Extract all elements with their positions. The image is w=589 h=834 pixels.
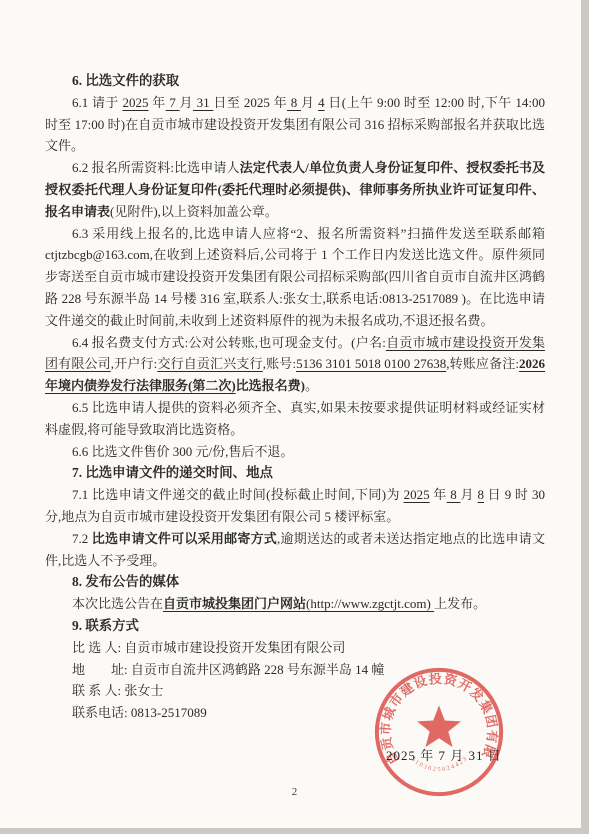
para-8-media: 本次比选公告在自贡市城投集团门户网站(http://www.zgctjt.com… bbox=[45, 593, 545, 615]
scan-edge-bottom bbox=[0, 828, 589, 834]
text-run: ,转账应备注: bbox=[446, 356, 519, 371]
text-run: 2025 bbox=[123, 95, 149, 110]
company-seal: 自贡市城市建设投资开发集团有限公司 5103025024423 bbox=[368, 661, 510, 803]
text-run: 月 bbox=[460, 487, 477, 502]
para-6-1: 6.1 请于 2025 年 7 月 31 日至 2025 年 8 月 4 日(上… bbox=[45, 92, 545, 157]
page-number: 2 bbox=[0, 786, 589, 798]
para-6-3: 6.3 采用线上报名的,比选申请人应将“2、报名所需资料”扫描件发送至联系邮箱 … bbox=[45, 223, 545, 332]
text-run: 6.4 报名费支付方式:公对公转账,也可现金支付。(户名: bbox=[72, 335, 386, 350]
text-run: 年 bbox=[149, 95, 166, 110]
text-run: 6.5 比选申请人提供的资料必须齐全、真实,如果未按要求提供证明材料或经证实材料… bbox=[45, 400, 545, 437]
text-run: (http://www.zgctjt.com) bbox=[306, 596, 434, 611]
para-6-4: 6.4 报名费支付方式:公对公转账,也可现金支付。(户名:自贡市城市建设投资开发… bbox=[45, 332, 545, 397]
contact-label: 比 选 人: bbox=[72, 640, 124, 655]
text-run: 比选申请文件可以采用邮寄方式 bbox=[92, 531, 277, 546]
section-7-heading: 7. 比选申请文件的递交时间、地点 bbox=[45, 462, 545, 484]
para-6-5: 6.5 比选申请人提供的资料必须齐全、真实,如果未按要求提供证明材料或经证实材料… bbox=[45, 397, 545, 441]
text-run: 6.2 报名所需资料:比选申请人 bbox=[72, 160, 240, 175]
section-9-heading: 9. 联系方式 bbox=[45, 615, 545, 637]
section-8-heading: 8. 发布公告的媒体 bbox=[45, 571, 545, 593]
section-6-heading: 6. 比选文件的获取 bbox=[45, 70, 545, 92]
contact-value: 张女士 bbox=[124, 683, 163, 698]
text-run: 月 bbox=[301, 95, 318, 110]
text-run: 。 bbox=[305, 378, 318, 393]
text-run: 年 bbox=[430, 487, 447, 502]
para-6-2: 6.2 报名所需资料:比选申请人法定代表人/单位负责人身份证复印件、授权委托书及… bbox=[45, 157, 545, 222]
text-run: 6.3 采用线上报名的,比选申请人应将“2、报名所需资料”扫描件发送至联系邮箱 … bbox=[45, 226, 545, 328]
text-run: 月 bbox=[180, 95, 193, 110]
text-run: 上发布。 bbox=[434, 596, 486, 611]
document-page: 6. 比选文件的获取 6.1 请于 2025 年 7 月 31 日至 2025 … bbox=[0, 0, 589, 834]
text-run: 8 bbox=[287, 95, 301, 110]
contact-line-bidder: 比 选 人: 自贡市城市建设投资开发集团有限公司 bbox=[45, 637, 545, 659]
text-run: ,账号: bbox=[263, 356, 296, 371]
text-run: 2025 bbox=[404, 487, 430, 502]
text-run: 5136 3101 5018 0100 27638 bbox=[296, 356, 446, 371]
document-body: 6. 比选文件的获取 6.1 请于 2025 年 7 月 31 日至 2025 … bbox=[45, 70, 545, 724]
scan-edge-right bbox=[581, 0, 589, 834]
para-6-6: 6.6 比选文件售价 300 元/份,售后不退。 bbox=[45, 441, 545, 463]
text-run: 本次比选公告在 bbox=[72, 596, 163, 611]
text-run: 8 bbox=[447, 487, 461, 502]
text-run: 7.1 比选申请文件递交的截止时间(投标截止时间,下同)为 bbox=[72, 487, 404, 502]
seal-date: 2025 年 7 月 31 日 bbox=[386, 745, 546, 764]
contact-value: 自贡市自流井区鸿鹤路 228 号东源半岛 14 幢 bbox=[131, 662, 385, 677]
text-run: 7.2 bbox=[72, 531, 92, 546]
contact-label: 联 系 人: bbox=[72, 683, 124, 698]
text-run: ,开户行: bbox=[111, 356, 158, 371]
contact-value: 自贡市城市建设投资开发集团有限公司 bbox=[124, 640, 345, 655]
text-run: 31 bbox=[193, 95, 213, 110]
text-run: 交行自贡汇兴支行 bbox=[157, 356, 262, 371]
para-7-2: 7.2 比选申请文件可以采用邮寄方式,逾期送达的或者未送达指定地点的比选申请文件… bbox=[45, 528, 545, 572]
text-run: 日至 2025 年 bbox=[213, 95, 287, 110]
text-run: 6.1 请于 bbox=[72, 95, 123, 110]
text-run: (见附件),以上资料加盖公章。 bbox=[110, 204, 278, 219]
contact-label: 地 址: bbox=[72, 662, 131, 677]
para-7-1: 7.1 比选申请文件递交的截止时间(投标截止时间,下同)为 2025 年 8 月… bbox=[45, 484, 545, 528]
contact-label: 联系电话: bbox=[72, 705, 131, 720]
contact-value: 0813-2517089 bbox=[131, 705, 207, 720]
text-run: 6.6 比选文件售价 300 元/份,售后不退。 bbox=[72, 444, 293, 459]
text-run: 7 bbox=[166, 95, 180, 110]
star-icon bbox=[417, 705, 461, 747]
text-run: 比选报名费) bbox=[236, 378, 305, 393]
text-run: 自贡市城投集团门户网站 bbox=[163, 596, 306, 611]
